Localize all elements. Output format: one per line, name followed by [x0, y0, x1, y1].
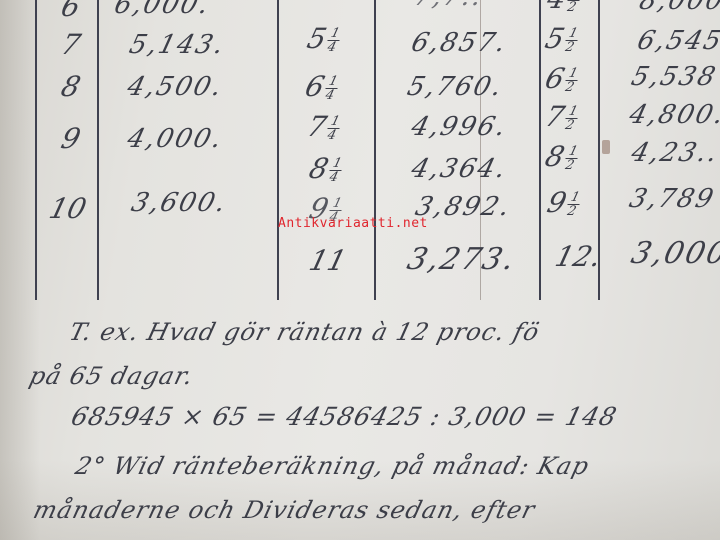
rate-value: 3,600. [128, 188, 230, 218]
rate-value: 4,996. [408, 112, 510, 142]
rate-label: 912 [544, 186, 584, 219]
rate-value: 6,545 [634, 26, 720, 56]
watermark: Antikvariaatti.net [278, 216, 428, 231]
rate-label: 412 [544, 0, 584, 15]
rate-value: 8,000. [636, 0, 720, 16]
days-label: 7 [58, 28, 84, 61]
rate-value: 3,789 [626, 184, 718, 214]
rate-value: 5,760. [404, 72, 506, 102]
ink-stain [602, 140, 610, 154]
rate-value: 5,538 [628, 62, 720, 92]
rate-value-partial: 7,7.. [411, 0, 486, 12]
days-label: 6 [58, 0, 84, 23]
text-line-1: T. ex. Hvad gör räntan à 12 proc. fö [67, 318, 543, 346]
text-line-3-equation: 685945 × 65 = 44586425 : 3,000 = 148 [68, 402, 620, 431]
rate-value: 4,500. [124, 72, 226, 102]
rate-label: 814 [306, 152, 346, 185]
days-label: 8 [58, 70, 84, 103]
rate-value: 4,23.. [628, 138, 720, 168]
rate-label: 512 [542, 22, 582, 55]
rate-label: 812 [542, 140, 582, 173]
days-label: 10 [46, 192, 90, 225]
text-line-2: på 65 dagar. [27, 362, 197, 390]
column-rule-5 [539, 0, 541, 300]
rate-label: 712 [542, 100, 582, 133]
rate-label: 614 [302, 70, 342, 103]
rate-value: 4,364. [408, 154, 510, 184]
rate-value: 6,000. [111, 0, 213, 20]
rate-label: 714 [304, 110, 344, 143]
rate-fraction: 12 [564, 0, 583, 14]
rate-value: 5,143. [126, 30, 228, 60]
rate-label: 514 [304, 22, 344, 55]
rate-value: 3,273. [404, 242, 520, 277]
rate-label: 11 [306, 244, 350, 277]
days-label: 9 [58, 122, 84, 155]
column-rule-1 [35, 0, 37, 300]
rate-label: 612 [542, 62, 582, 95]
rate-value: 3,000 [628, 236, 720, 271]
rate-label: 12. [552, 240, 605, 273]
text-line-5: månaderne och Divideras sedan, efter [31, 496, 539, 524]
rate-value: 4,000. [124, 124, 226, 154]
page-edge-shadow [0, 0, 40, 540]
text-line-4: 2° Wid ränteberäkning, på månad: Kap [73, 452, 593, 480]
rate-value: 4,800. [626, 100, 720, 130]
column-rule-2 [97, 0, 99, 300]
column-rule-3 [277, 0, 279, 300]
column-rule-4 [374, 0, 376, 300]
rate-value: 6,857. [408, 28, 510, 58]
